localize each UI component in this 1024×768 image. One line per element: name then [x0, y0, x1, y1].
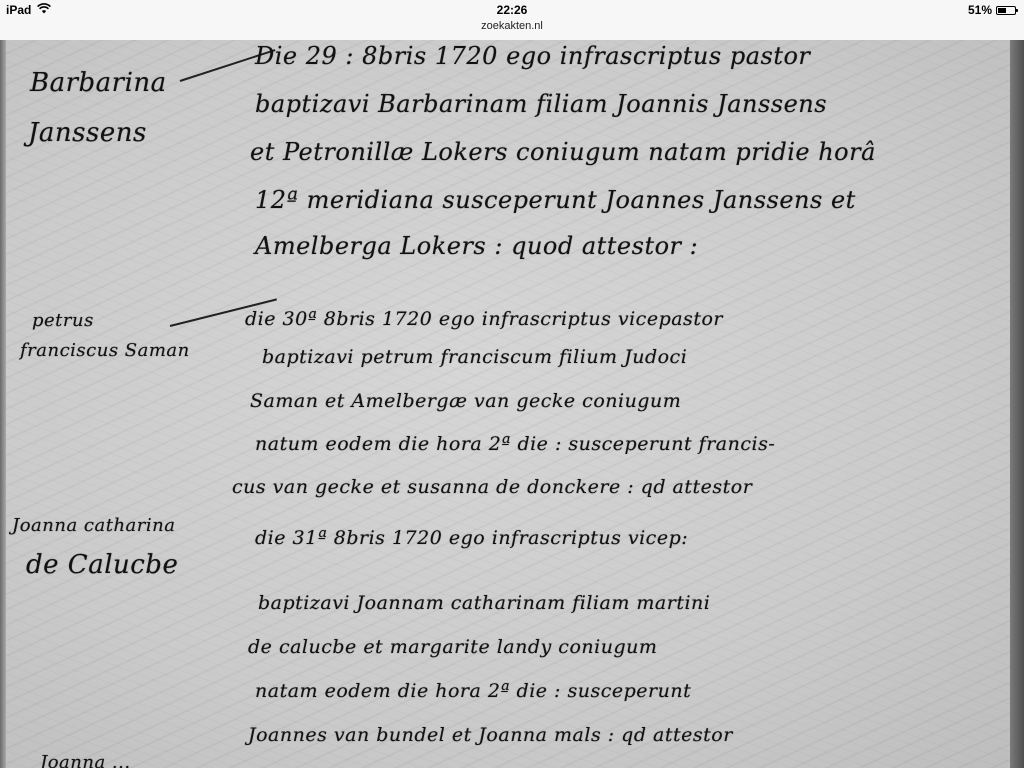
entry-line: baptizavi Joannam catharinam filiam mart… — [258, 592, 710, 614]
entry-line: 12ª meridiana susceperunt Joannes Jansse… — [255, 186, 856, 214]
clock: 22:26 — [0, 3, 1024, 17]
status-right: 51% — [968, 3, 1016, 17]
entry-line: cus van gecke et susanna de donckere : q… — [232, 476, 752, 498]
entry-line: Amelberga Lokers : quod attestor : — [255, 232, 698, 260]
battery-icon — [996, 6, 1016, 15]
entry-line: natam eodem die hora 2ª die : susceperun… — [255, 680, 691, 702]
margin-name-line: petrus — [32, 310, 94, 331]
margin-name-line: Barbarina — [30, 68, 167, 98]
margin-name-line: Janssens — [28, 118, 147, 148]
entry-line: Joannes van bundel et Joanna mals : qd a… — [248, 724, 733, 746]
document-scan[interactable]: Barbarina Janssens Die 29 : 8bris 1720 e… — [0, 40, 1024, 768]
entry-line: die 30ª 8bris 1720 ego infrascriptus vic… — [245, 308, 723, 330]
margin-name-line: de Calucbe — [26, 550, 178, 580]
url-text[interactable]: zoekakten.nl — [481, 20, 543, 32]
battery-fill — [998, 8, 1006, 13]
entry-line: et Petronillæ Lokers coniugum natam prid… — [250, 138, 876, 166]
entry-line: baptizavi Barbarinam filiam Joannis Jans… — [255, 90, 827, 118]
status-bar: iPad 22:26 zoekakten.nl 51% — [0, 0, 1024, 40]
entry-line: natum eodem die hora 2ª die : susceperun… — [255, 433, 775, 455]
address-bar[interactable]: zoekakten.nl — [0, 20, 1024, 32]
margin-name-line: Joanna catharina — [12, 515, 175, 536]
entry-line: de calucbe et margarite landy coniugum — [248, 636, 657, 658]
entry-line: Saman et Amelbergæ van gecke coniugum — [250, 390, 681, 412]
entry-line: die 31ª 8bris 1720 ego infrascriptus vic… — [255, 527, 688, 549]
margin-name-partial: Joanna ... — [40, 752, 131, 768]
margin-name-line: franciscus Saman — [20, 340, 190, 361]
entry-line: baptizavi petrum franciscum filium Judoc… — [262, 346, 687, 368]
entry-line: Die 29 : 8bris 1720 ego infrascriptus pa… — [255, 42, 810, 70]
battery-percent: 51% — [968, 3, 992, 17]
